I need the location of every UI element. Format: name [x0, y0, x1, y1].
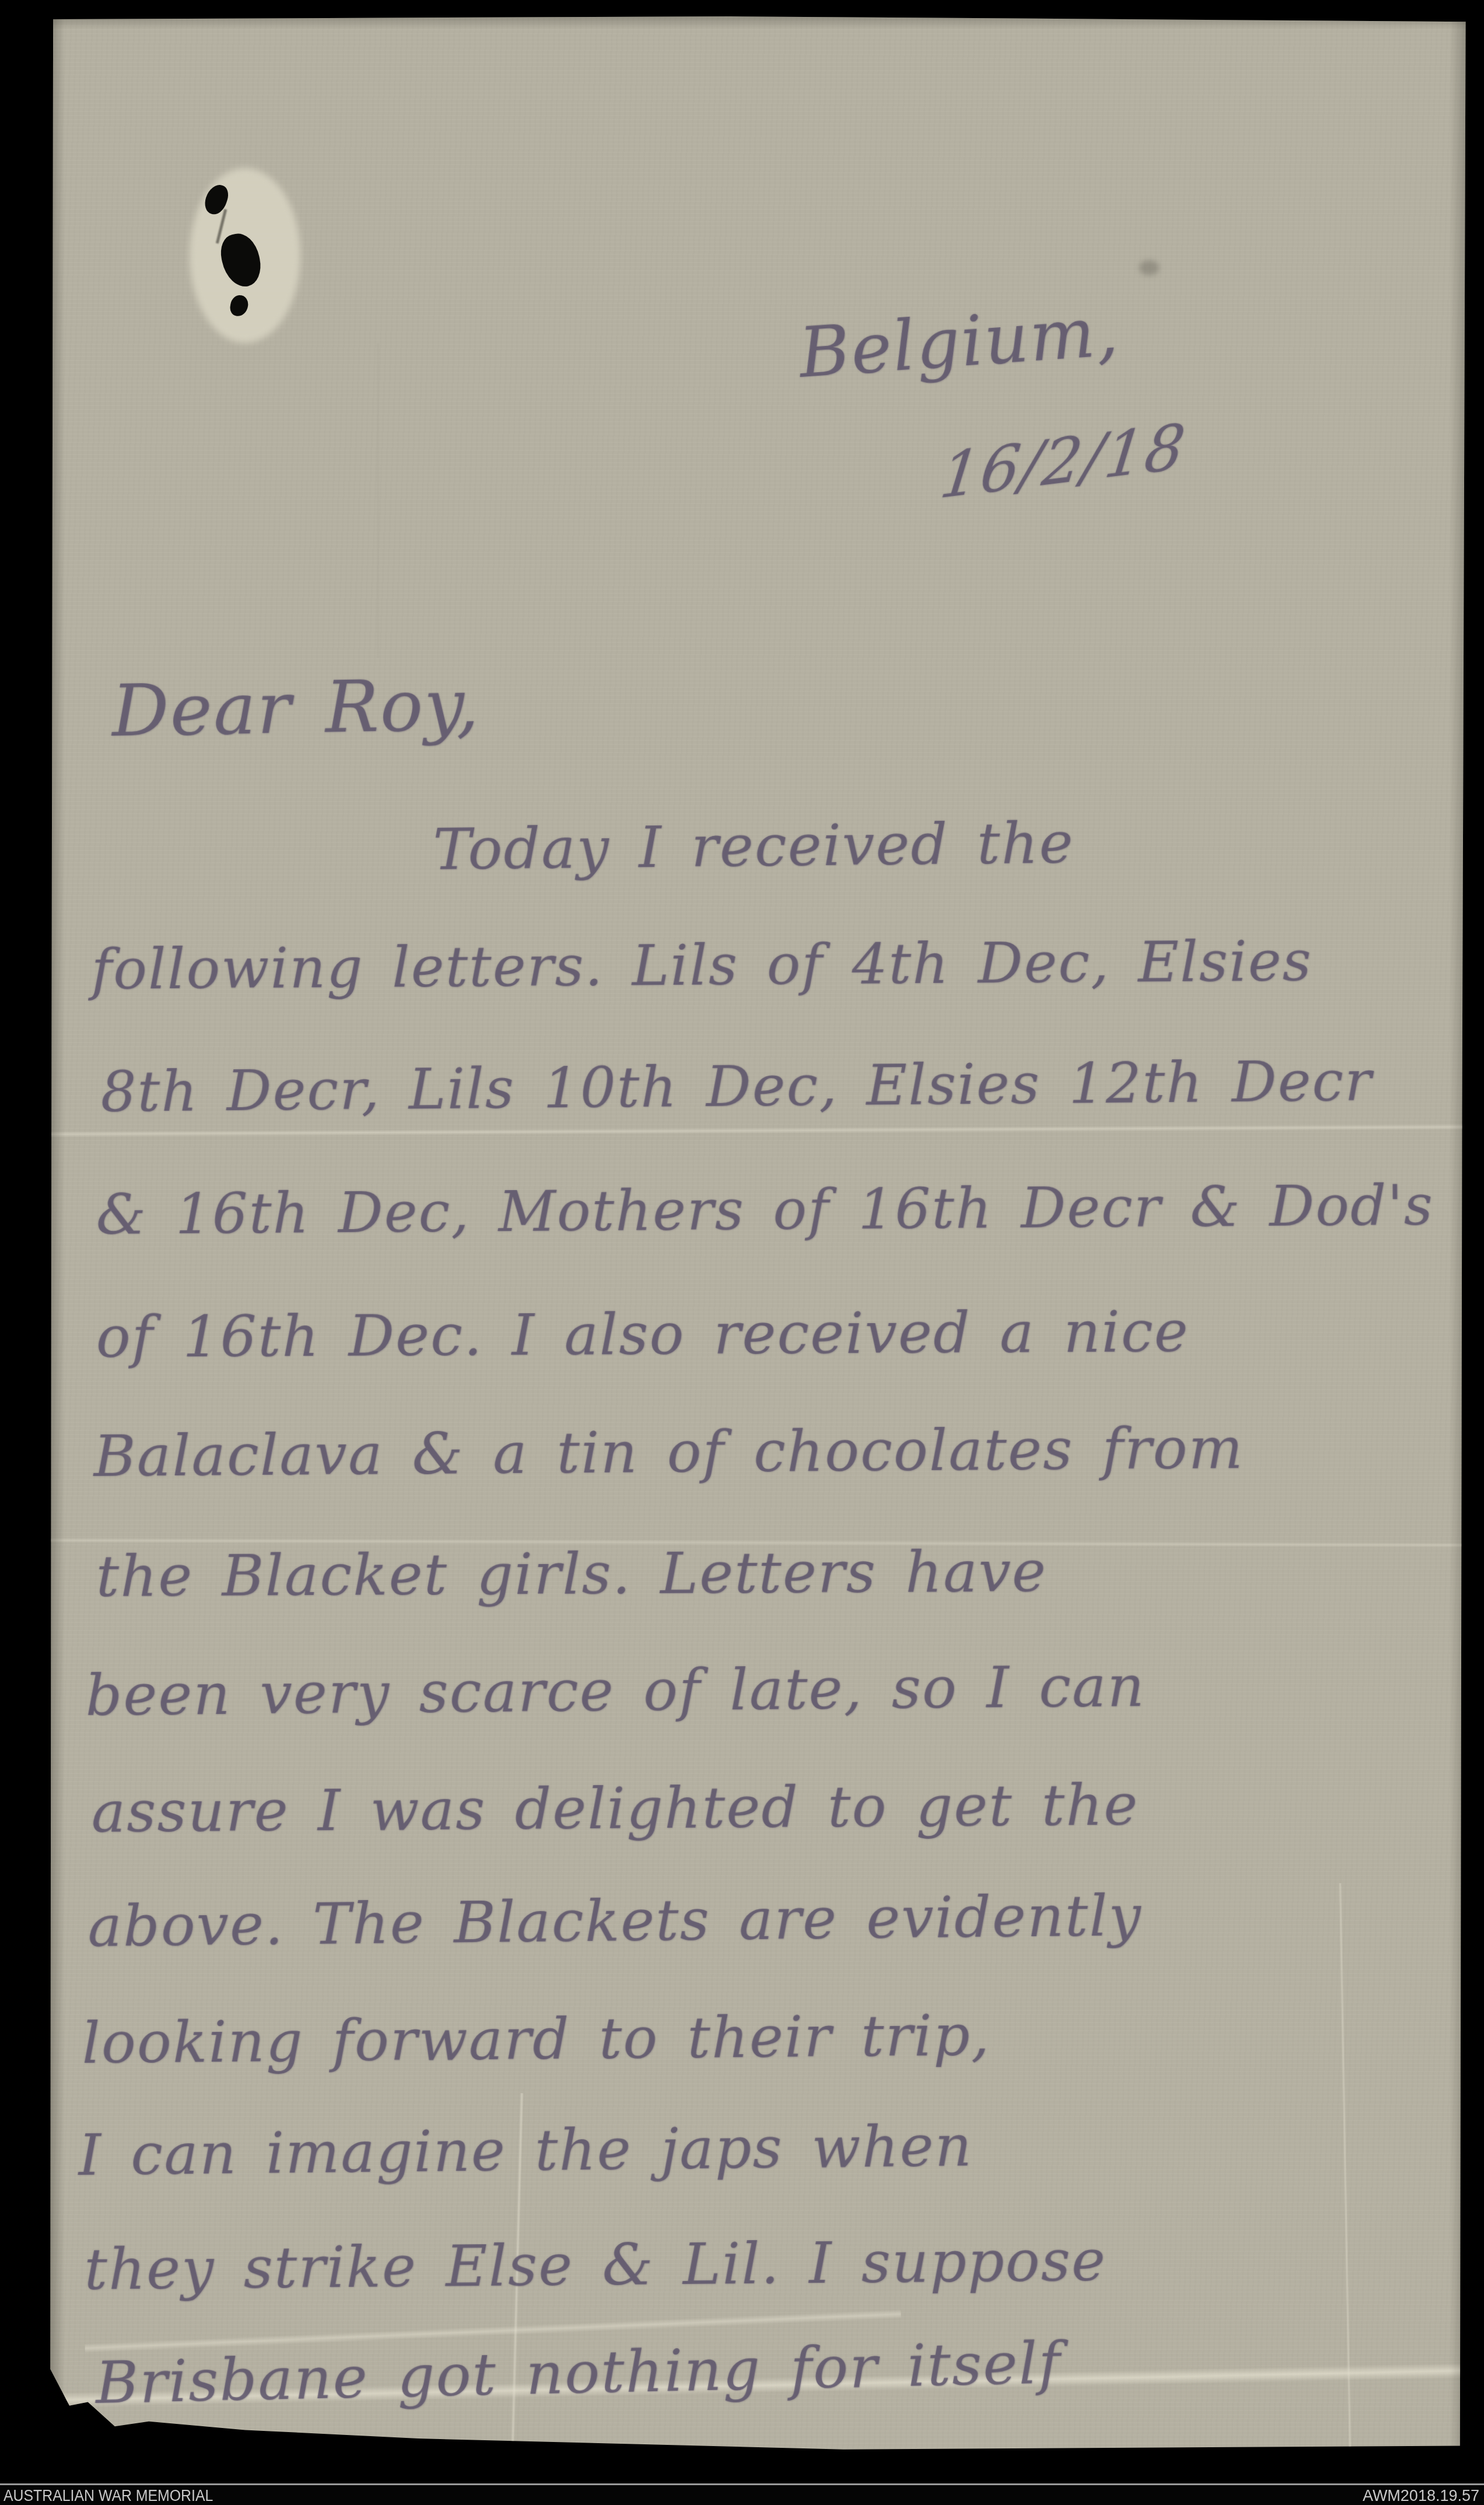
catalog-number: AWM2018.19.57 [1363, 2486, 1479, 2505]
paper-edge-shadow [1450, 16, 1467, 2452]
letter-line: Balaclava & a tin of chocolates from [93, 1415, 1244, 1490]
letter-line: following letters. Lils of 4th Dec, Elsi… [91, 928, 1312, 1002]
letter-line: 8th Decr, Lils 10th Dec, Elsies 12th Dec… [100, 1048, 1373, 1125]
letter-line: Today I received the [433, 810, 1074, 883]
paper-crease [50, 1124, 1467, 1138]
paper-edge-shadow [50, 16, 1467, 29]
letter-line: the Blacket girls. Letters have [96, 1538, 1047, 1610]
archive-institution: AUSTRALIAN WAR MEMORIAL [3, 2486, 213, 2505]
paper-crease [376, 343, 380, 658]
letter-line: they strike Else & Lil. I suppose [84, 2228, 1107, 2303]
archive-footer: AUSTRALIAN WAR MEMORIAL AWM2018.19.57 [0, 2483, 1484, 2505]
letter-line: I can imagine the japs when [78, 2113, 973, 2189]
letter-line: above. The Blackets are evidently [87, 1883, 1142, 1960]
letter-paper: Belgium, 16/2/18 Dear Roy, Today I recei… [50, 16, 1467, 2452]
scanned-letter-page: Belgium, 16/2/18 Dear Roy, Today I recei… [0, 0, 1484, 2505]
letter-salutation: Dear Roy, [111, 663, 481, 753]
letter-line: of 16th Dec. I also received a nice [96, 1299, 1189, 1371]
letter-place: Belgium, [796, 291, 1121, 393]
paper-crease [1338, 1883, 1352, 2455]
letter-line: been very scarce of late, so I can [85, 1653, 1146, 1729]
paper-edge-shadow [50, 16, 65, 2452]
letter-line: looking forward to their trip, [82, 2002, 991, 2077]
letter-date: 16/2/18 [936, 410, 1190, 513]
letter-line: Brisbane got nothing for itself [95, 2328, 1062, 2417]
paper-smudge [1139, 260, 1159, 275]
letter-line: assure I was delighted to get the [91, 1772, 1139, 1846]
letter-line: & 16th Dec, Mothers of 16th Decr & Dod's [96, 1173, 1434, 1247]
